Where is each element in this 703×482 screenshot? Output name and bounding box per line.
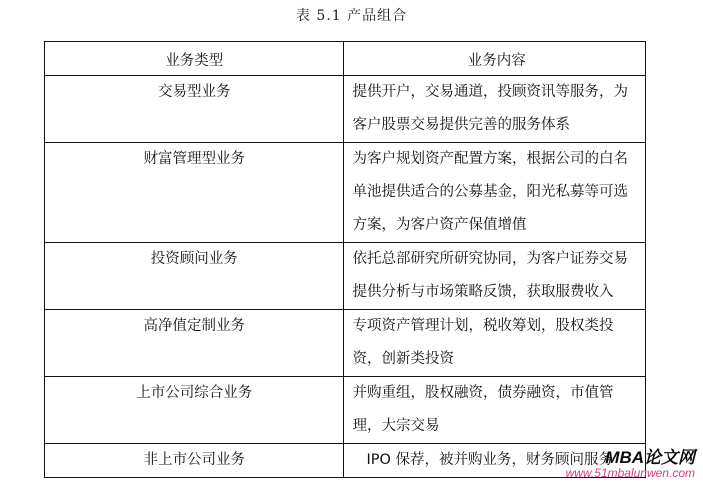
cell-business-content: 为客户规划资产配置方案，根据公司的白名单池提供适合的公募基金，阳光私募等可选方案… xyxy=(344,143,646,243)
cell-business-type: 上市公司综合业务 xyxy=(45,377,344,444)
table-caption: 表 5.1 产品组合 xyxy=(0,5,703,25)
table-row: 交易型业务 提供开户，交易通道，投顾资讯等服务，为客户股票交易提供完善的服务体系 xyxy=(45,76,646,143)
document-page: 表 5.1 产品组合 业务类型 业务内容 交易型业务 提供开户，交易通道，投顾资… xyxy=(0,0,703,482)
cell-business-content: 依托总部研究所研究协同，为客户证券交易提供分析与市场策略反馈，获取服费收入 xyxy=(344,243,646,310)
cell-business-type: 财富管理型业务 xyxy=(45,143,344,243)
cell-business-type: 投资顾问业务 xyxy=(45,243,344,310)
product-portfolio-table: 业务类型 业务内容 交易型业务 提供开户，交易通道，投顾资讯等服务，为客户股票交… xyxy=(44,41,646,478)
watermark-url: www.51mbalunwen.com xyxy=(566,467,695,480)
table-row: 非上市公司业务 IPO 保荐，被并购业务，财务顾问服务 xyxy=(45,444,646,478)
cell-business-type: 交易型业务 xyxy=(45,76,344,143)
table-row: 财富管理型业务 为客户规划资产配置方案，根据公司的白名单池提供适合的公募基金，阳… xyxy=(45,143,646,243)
cell-business-type: 高净值定制业务 xyxy=(45,310,344,377)
header-business-type: 业务类型 xyxy=(45,42,344,76)
cell-business-content: 并购重组，股权融资，债券融资，市值管理，大宗交易 xyxy=(344,377,646,444)
table-header-row: 业务类型 业务内容 xyxy=(45,42,646,76)
table-row: 上市公司综合业务 并购重组，股权融资，债券融资，市值管理，大宗交易 xyxy=(45,377,646,444)
cell-business-content: 专项资产管理计划，税收筹划，股权类投资，创新类投资 xyxy=(344,310,646,377)
cell-business-content: 提供开户，交易通道，投顾资讯等服务，为客户股票交易提供完善的服务体系 xyxy=(344,76,646,143)
site-watermark: MBA论文网 www.51mbalunwen.com xyxy=(566,449,695,480)
watermark-title: MBA论文网 xyxy=(566,449,695,467)
table-row: 高净值定制业务 专项资产管理计划，税收筹划，股权类投资，创新类投资 xyxy=(45,310,646,377)
table-row: 投资顾问业务 依托总部研究所研究协同，为客户证券交易提供分析与市场策略反馈，获取… xyxy=(45,243,646,310)
cell-business-type: 非上市公司业务 xyxy=(45,444,344,478)
header-business-content: 业务内容 xyxy=(344,42,646,76)
